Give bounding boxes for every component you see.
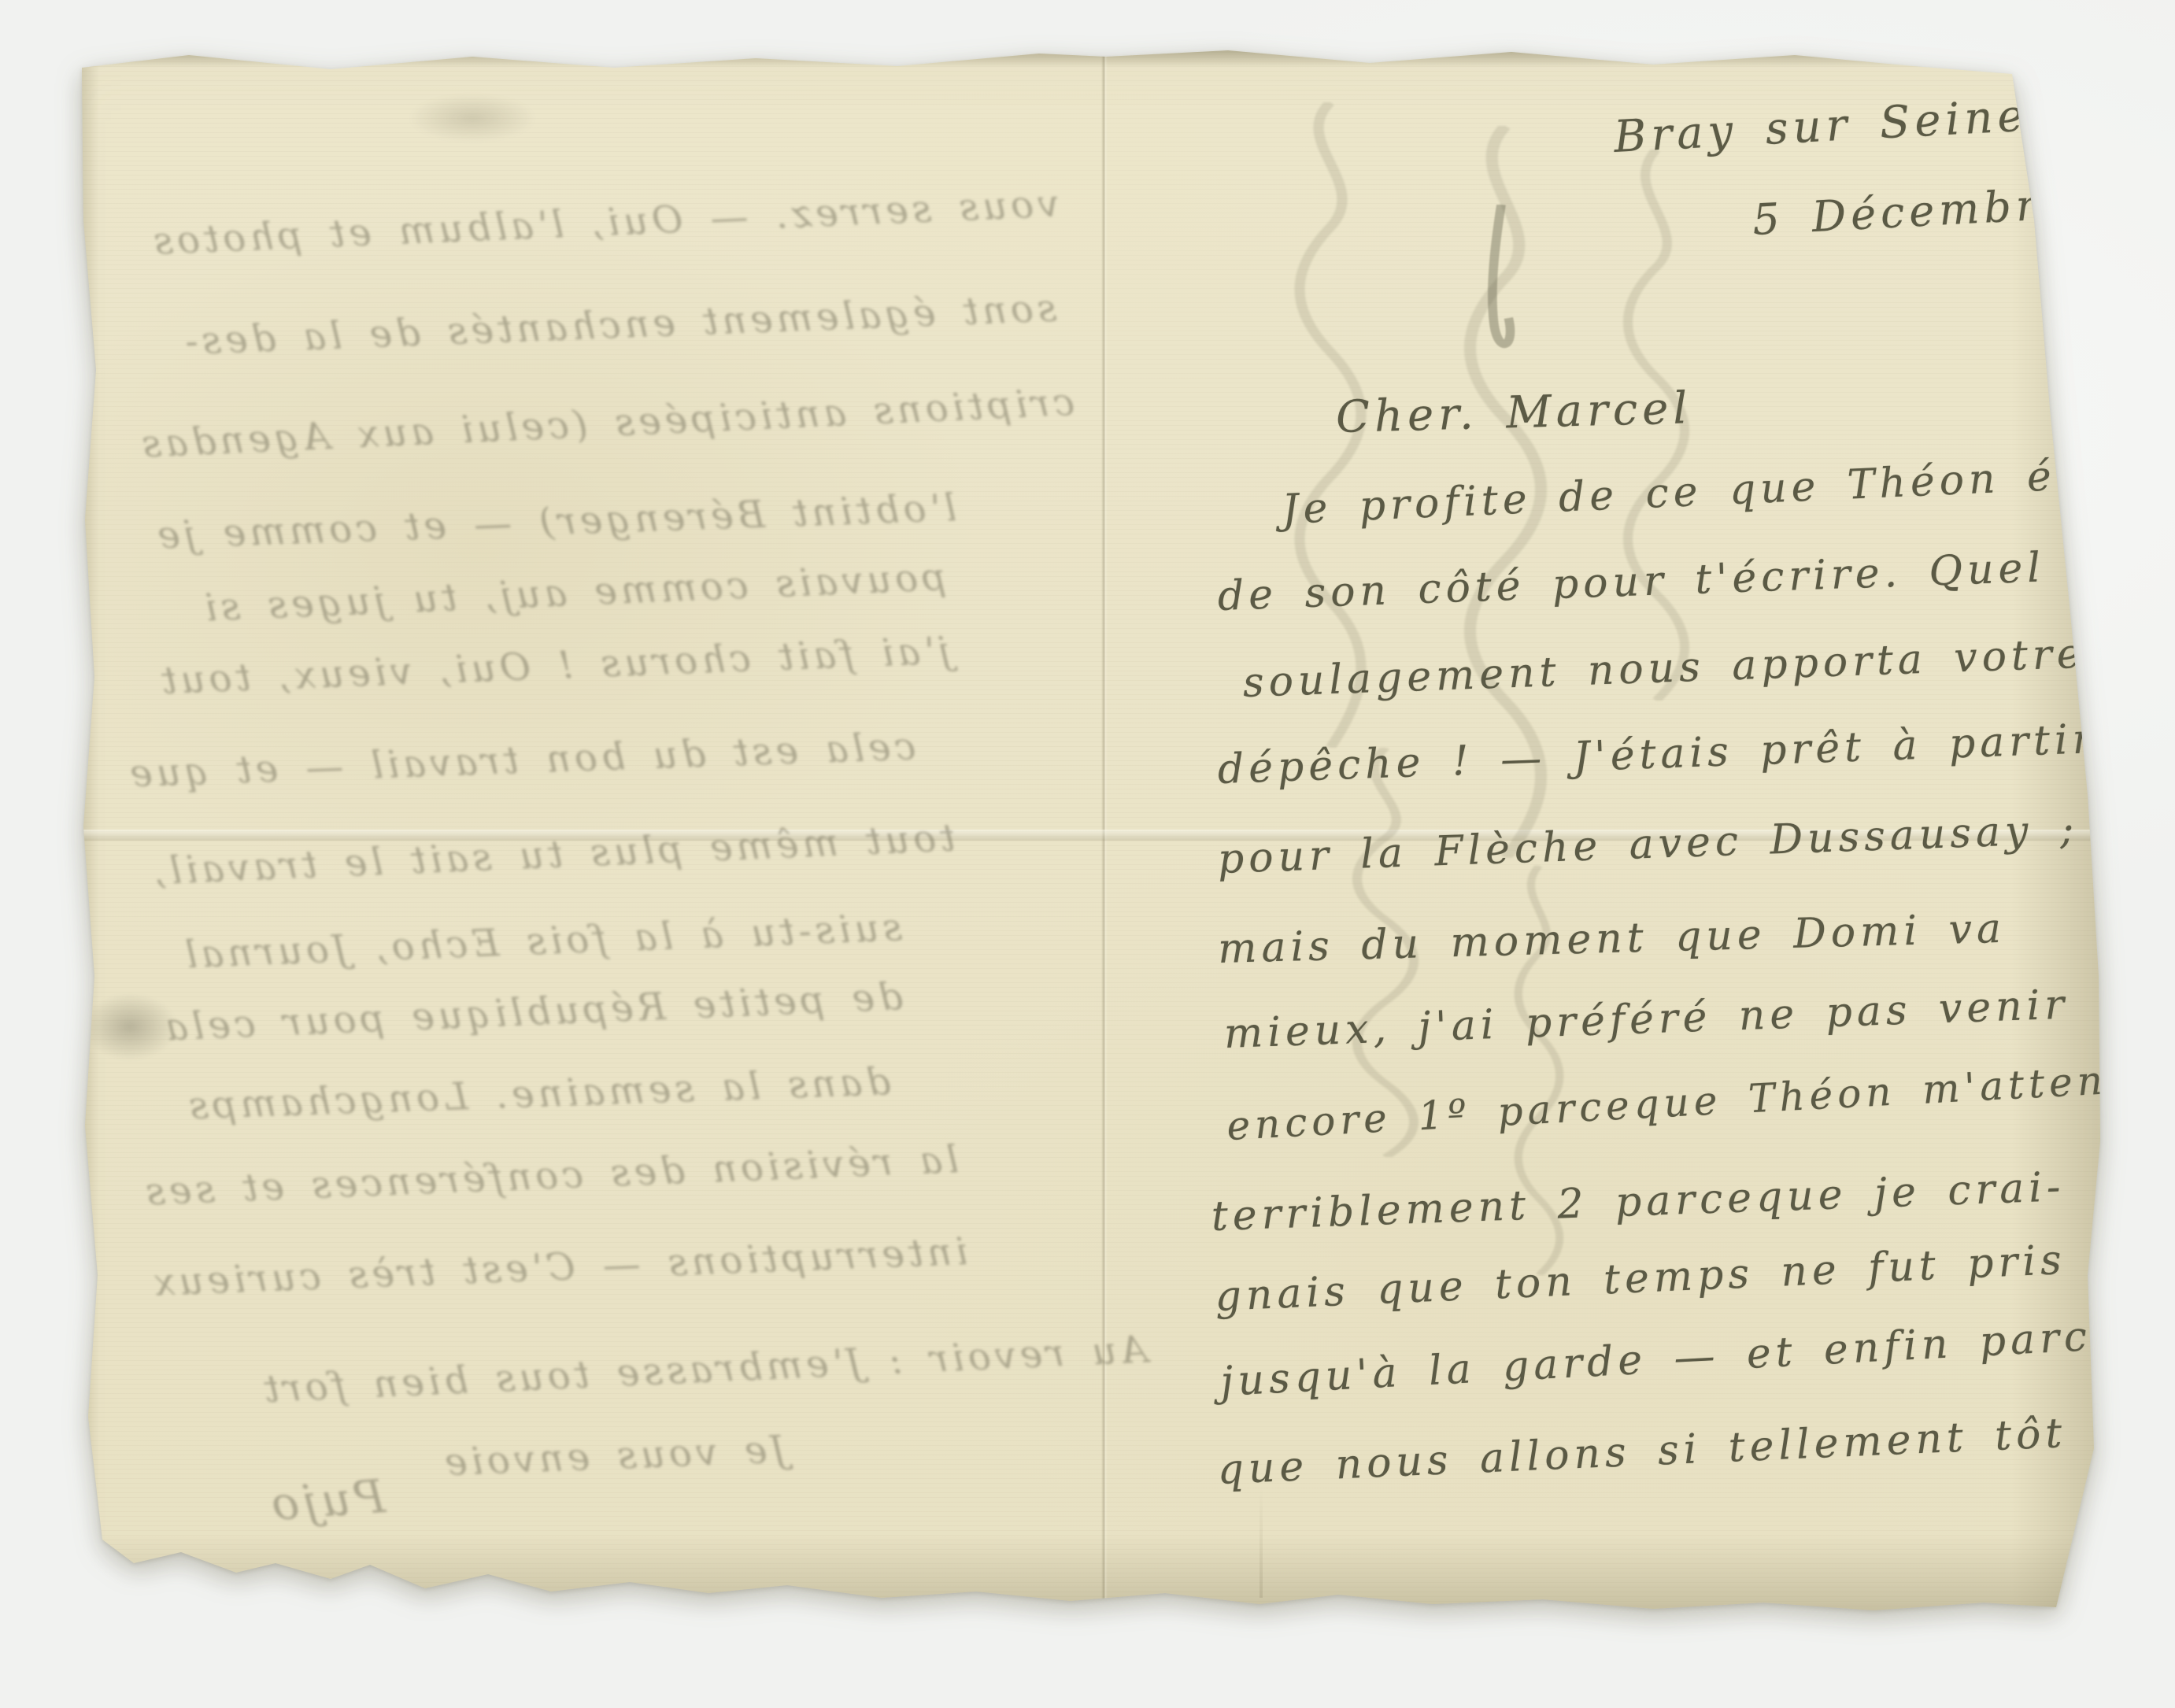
body-line: jusqu'à la garde — et enfin parce <box>1219 1311 2121 1406</box>
bleedthrough-signature: Pujo <box>266 1470 387 1531</box>
torn-edge-top-shadow <box>79 46 2088 68</box>
paper-shadow: vous serrez. — Oui, l'album et photos so… <box>0 0 2175 1708</box>
bleedthrough-line: l'obtint Bérenger) — et comme je <box>153 486 957 558</box>
bleedthrough-line: tout même plus tu sait le travail, <box>149 816 956 894</box>
body-line: terriblement 2 parceque je crai- <box>1211 1163 2066 1240</box>
letter-place: Bray sur Seine <box>1613 91 2029 163</box>
bleedthrough-line: Au revoir : J'embrasse tous bien fort <box>259 1327 1149 1411</box>
torn-edge-left-shadow <box>79 55 99 1598</box>
bleedthrough-line: sont également enchantés de la des- <box>180 287 1057 364</box>
bleedthrough-line: pouvais comme auj, tu juges si <box>200 555 947 630</box>
body-line: gnais que ton temps ne fut pris <box>1214 1237 2066 1321</box>
bleedthrough-line: interruptions — C'est très curieux <box>149 1229 968 1305</box>
scanner-background: vous serrez. — Oui, l'album et photos so… <box>0 0 2175 1708</box>
bleedthrough-line: Je vous envoie <box>440 1428 787 1485</box>
minor-crease <box>1260 1488 1263 1598</box>
bleedthrough-line: j'ai fait chorus ! Oui, vieux, tout <box>157 629 951 704</box>
bleedthrough-line: de petite République pour cela <box>161 974 904 1049</box>
body-line: mais du moment que Domi va <box>1217 905 2006 973</box>
bleedthrough-line: criptions anticipées (celui aux Agendas <box>137 380 1075 467</box>
torn-edge-bottom-shadow <box>87 1535 2096 1610</box>
bleedthrough-line: dans la semaine. Longchamps <box>184 1059 891 1128</box>
bleedthrough-line: cela est du bon travail — et que <box>125 725 916 797</box>
bleedthrough-line: la révision des conférences et ses <box>141 1137 959 1214</box>
paper-sheet: vous serrez. — Oui, l'album et photos so… <box>0 0 2175 1708</box>
letter-date: 5 Décembre <box>1751 179 2072 245</box>
body-line: que nous allons si tellement tôt <box>1216 1410 2067 1494</box>
ink-stroke-mark <box>1468 205 1523 362</box>
letter-salutation: Cher. Marcel <box>1335 383 1692 443</box>
bleedthrough-line: vous serrez. — Oui, l'album et photos <box>149 182 1060 264</box>
body-line: Je profite de ce que Théon écrit <box>1281 449 2147 534</box>
stain-spot <box>409 94 535 142</box>
bleedthrough-line: suis-tu à la fois Echo, Journal <box>180 905 903 977</box>
